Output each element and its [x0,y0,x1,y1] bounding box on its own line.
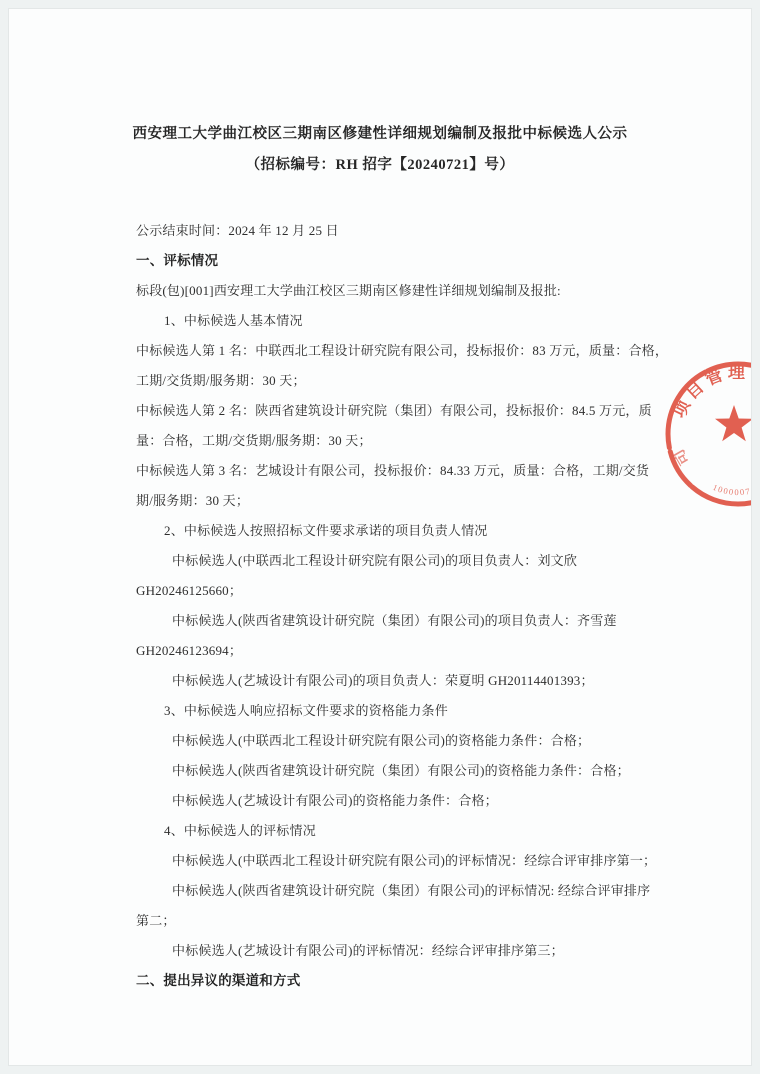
pm-candidate-3: 中标候选人(艺城设计有限公司)的项目负责人：荣夏明 GH20114401393； [136,666,661,696]
document-title: 西安理工大学曲江校区三期南区修建性详细规划编制及报批中标候选人公示 （招标编号：… [9,9,751,181]
qualification-candidate-2: 中标候选人(陕西省建筑设计研究院（集团）有限公司)的资格能力条件：合格； [136,756,661,786]
pm-candidate-2: 中标候选人(陕西省建筑设计研究院（集团）有限公司)的项目负责人：齐雪莲 [136,606,661,636]
candidate-1-info-cont: 工期/交货期/服务期：30 天； [136,366,661,396]
scanned-page-background: 西安理工大学曲江校区三期南区修建性详细规划编制及报批中标候选人公示 （招标编号：… [0,0,760,1074]
seal-partial-char: 司 [669,446,693,469]
candidate-2-info-cont: 量：合格，工期/交货期/服务期：30 天； [136,426,661,456]
sub-1-heading: 1、中标候选人基本情况 [136,306,661,336]
candidate-3-info-cont: 期/服务期：30 天； [136,486,661,516]
candidate-3-info: 中标候选人第 3 名：艺城设计有限公司，投标报价：84.33 万元，质量：合格，… [136,456,661,486]
document-body: 公示结束时间：2024 年 12 月 25 日 一、评标情况 标段(包)[001… [136,216,661,996]
qualification-candidate-3: 中标候选人(艺城设计有限公司)的资格能力条件：合格； [136,786,661,816]
pm-candidate-2-cont: GH20246123694； [136,636,661,666]
seal-star-icon [715,405,752,441]
candidate-2-info: 中标候选人第 2 名：陕西省建筑设计研究院（集团）有限公司，投标报价：84.5 … [136,396,661,426]
document-page: 西安理工大学曲江校区三期南区修建性详细规划编制及报批中标候选人公示 （招标编号：… [8,8,752,1066]
evaluation-candidate-2: 中标候选人(陕西省建筑设计研究院（集团）有限公司)的评标情况: 经综合评审排序 [136,876,661,906]
sub-2-heading: 2、中标候选人按照招标文件要求承诺的项目负责人情况 [136,516,661,546]
seal-arc-text: 项目管理有 [669,363,752,421]
evaluation-candidate-2-cont: 第二； [136,906,661,936]
evaluation-candidate-3: 中标候选人(艺城设计有限公司)的评标情况：经综合评审排序第三； [136,936,661,966]
title-line1: 西安理工大学曲江校区三期南区修建性详细规划编制及报批中标候选人公示 [9,119,751,150]
seal-serial-number: 10000071 [711,482,752,497]
candidate-1-info: 中标候选人第 1 名：中联西北工程设计研究院有限公司，投标报价：83 万元，质量… [136,336,661,366]
official-seal-stamp: 项目管理有 司 10000071 [653,349,752,519]
publicity-end-time: 公示结束时间：2024 年 12 月 25 日 [136,216,661,246]
evaluation-candidate-1: 中标候选人(中联西北工程设计研究院有限公司)的评标情况：经综合评审排序第一； [136,846,661,876]
qualification-candidate-1: 中标候选人(中联西北工程设计研究院有限公司)的资格能力条件：合格； [136,726,661,756]
title-line2-tender-number: （招标编号：RH 招字【20240721】号） [9,150,751,181]
bid-section-intro: 标段(包)[001]西安理工大学曲江校区三期南区修建性详细规划编制及报批: [136,276,661,306]
section-1-heading: 一、评标情况 [136,246,661,276]
sub-3-heading: 3、中标候选人响应招标文件要求的资格能力条件 [136,696,661,726]
pm-candidate-1-cont: GH20246125660； [136,576,661,606]
sub-4-heading: 4、中标候选人的评标情况 [136,816,661,846]
seal-graphic: 项目管理有 司 10000071 [653,349,752,519]
section-2-heading: 二、提出异议的渠道和方式 [136,966,661,996]
pm-candidate-1: 中标候选人(中联西北工程设计研究院有限公司)的项目负责人：刘文欣 [136,546,661,576]
seal-ring [668,364,752,504]
